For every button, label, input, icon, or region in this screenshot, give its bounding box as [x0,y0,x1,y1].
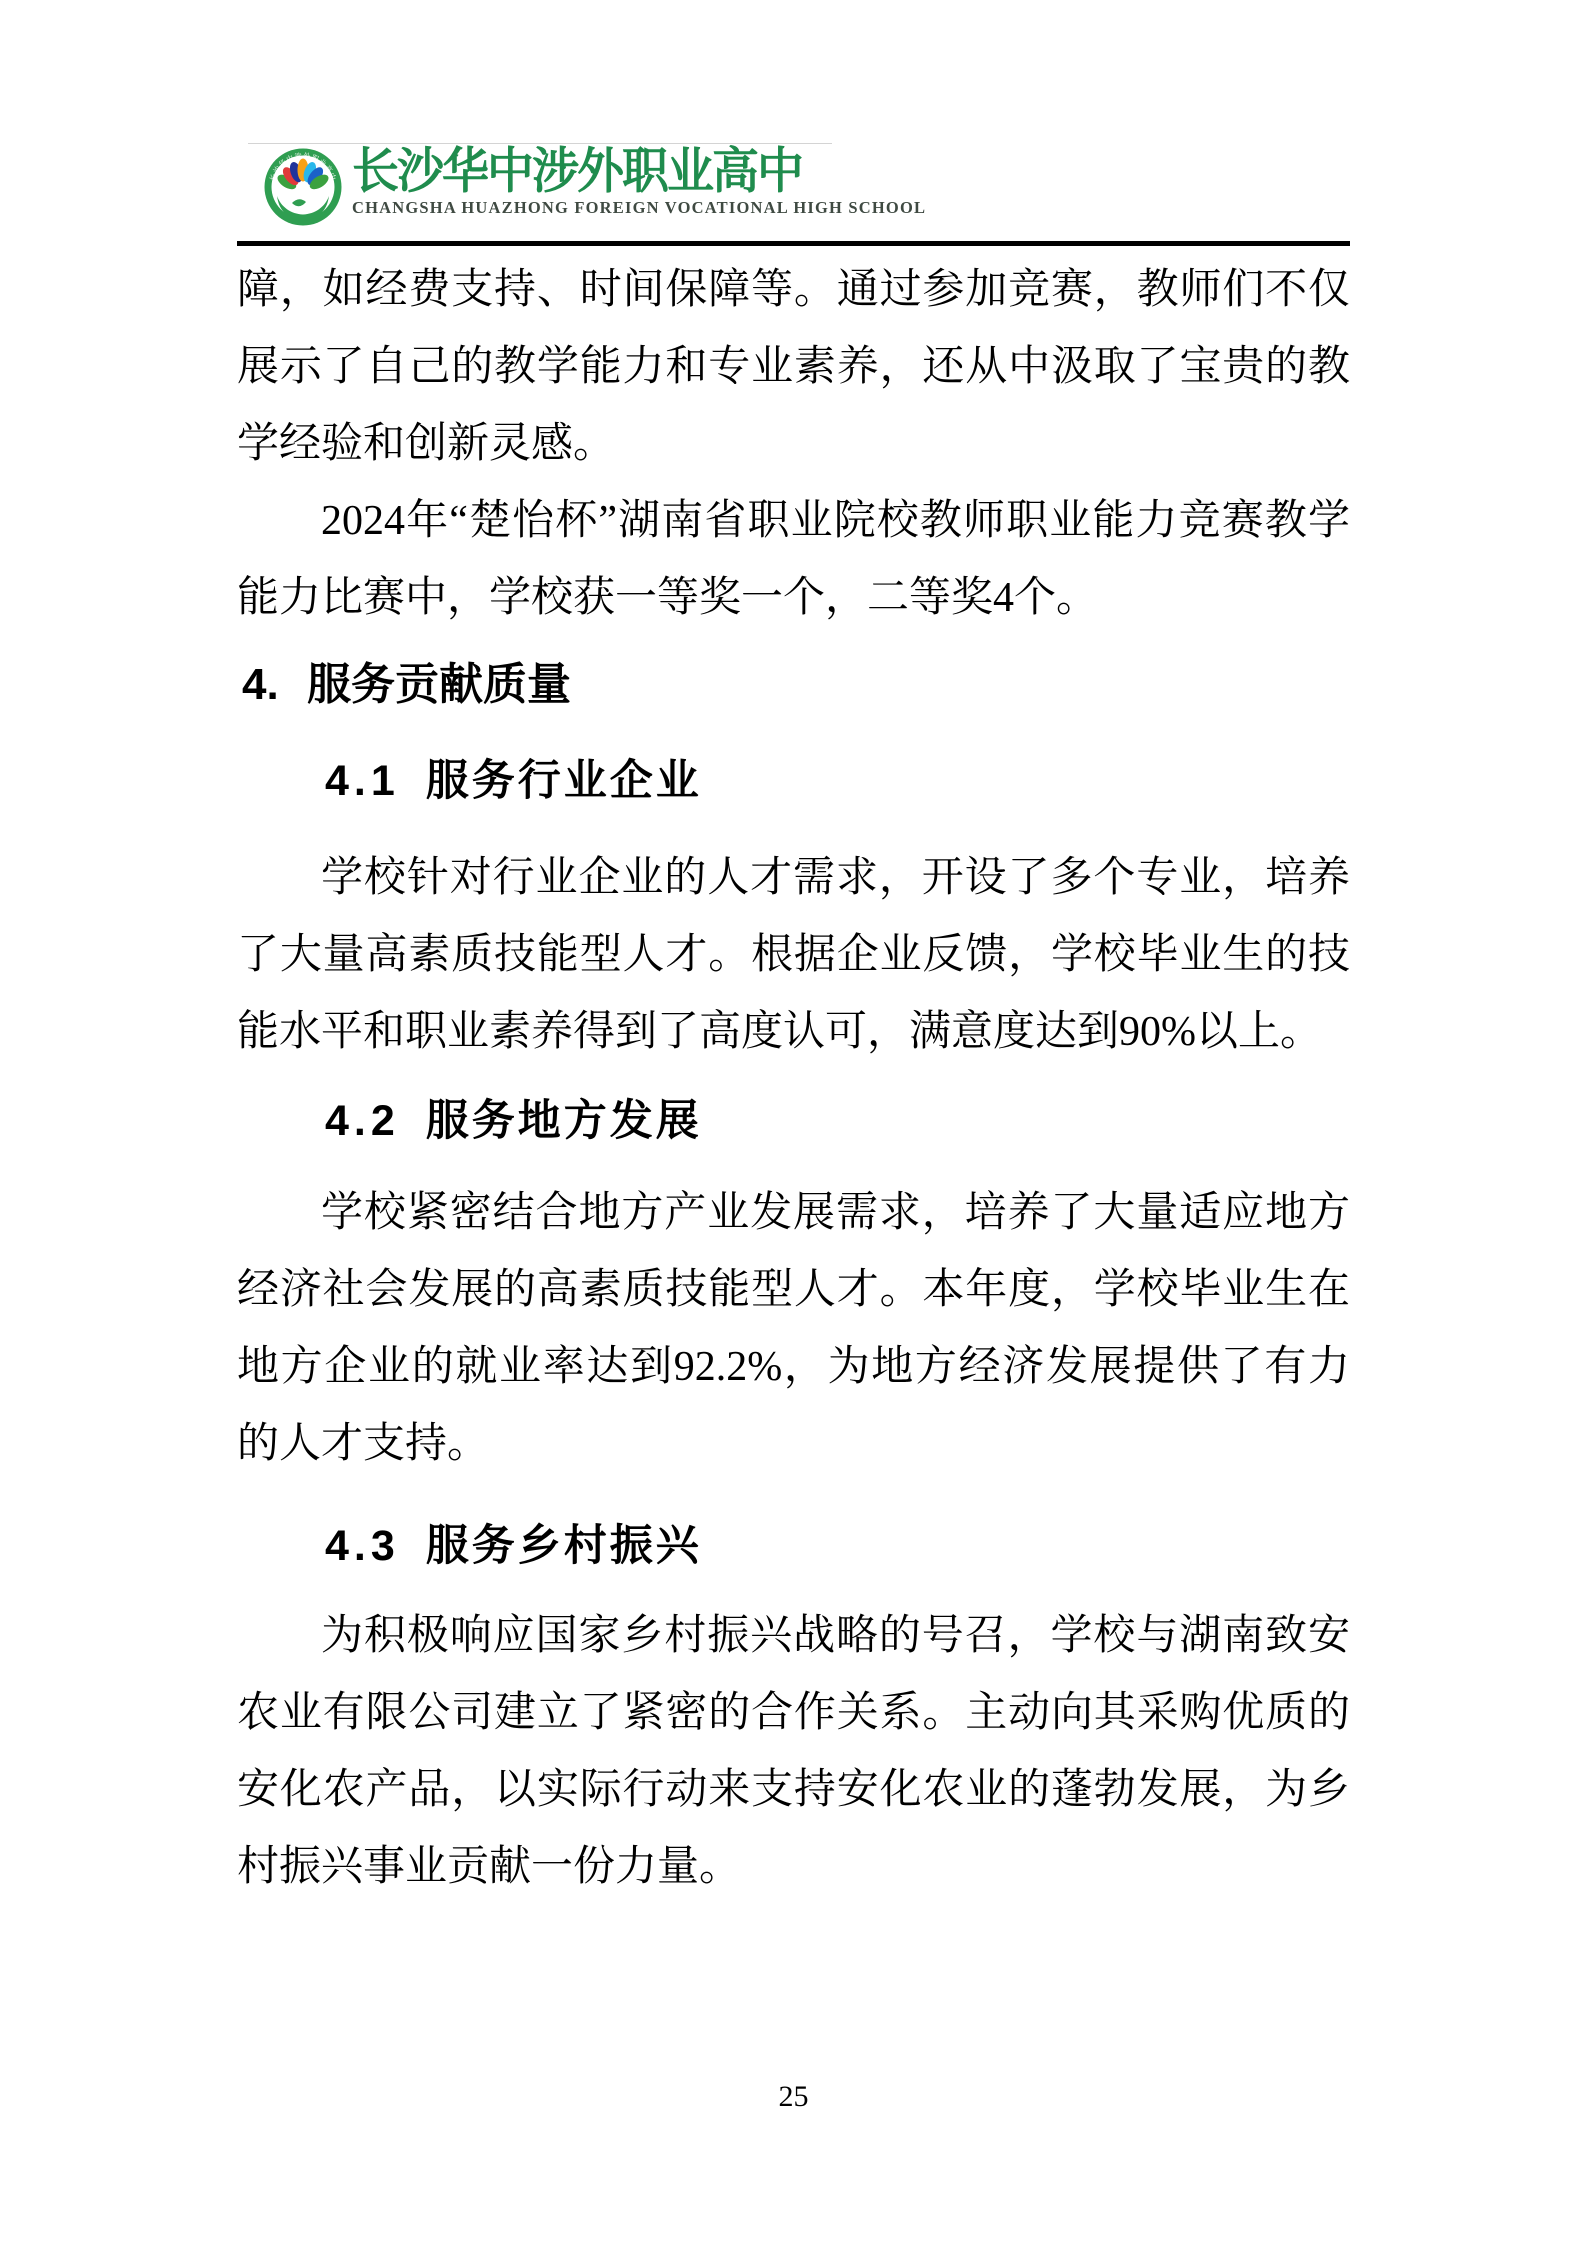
subsection-heading-4-2: 4.2服务地方发展 [237,1083,1350,1160]
subsection-4-1-number: 4.1 [325,757,400,805]
subsection-4-3-body: 为积极响应国家乡村振兴战略的号召，学校与湖南致安农业有限公司建立了紧密的合作关系… [237,1598,1350,1906]
subsection-4-1-title: 服务行业企业 [426,758,702,805]
page-header: 长沙华中涉外职业高中 CHANGSHA HUAZHONG FOREIGN VOC… [248,143,832,232]
header-titles: 长沙华中涉外职业高中 CHANGSHA HUAZHONG FOREIGN VOC… [352,146,822,215]
subsection-4-3-title: 服务乡村振兴 [426,1523,702,1570]
school-name-zh: 长沙华中涉外职业高中 [352,145,822,199]
paragraph-awards: 2024年“楚怡杯”湖南省职业院校教师职业能力竞赛教学能力比赛中，学校获一等奖一… [237,483,1350,637]
header-divider [237,241,1350,246]
subsection-4-1-body: 学校针对行业企业的人才需求，开设了多个专业，培养了大量高素质技能型人才。根据企业… [237,840,1350,1071]
page-number: 25 [0,2080,1587,2114]
subsection-heading-4-3: 4.3服务乡村振兴 [237,1508,1350,1585]
paragraph-continuation: 障，如经费支持、时间保障等。通过参加竞赛，教师们不仅展示了自己的教学能力和专业素… [237,252,1350,483]
section-heading-4-number: 4. [242,646,307,723]
document-page: 长沙华中涉外职业高中 CHANGSHA HUAZHONG FOREIGN VOC… [0,0,1587,2245]
school-name-en: CHANGSHA HUAZHONG FOREIGN VOCATIONAL HIG… [352,200,822,215]
subsection-4-2-number: 4.2 [325,1097,400,1145]
section-heading-4: 4.服务贡献质量 [237,646,1350,723]
school-logo-svg: 长沙华中涉外职业高中 CHANGSHA HUAZHONG FOREIGN VOC… [264,148,342,226]
subsection-heading-4-1: 4.1服务行业企业 [237,743,1350,820]
subsection-4-2-title: 服务地方发展 [426,1098,702,1145]
document-content: 障，如经费支持、时间保障等。通过参加竞赛，教师们不仅展示了自己的教学能力和专业素… [237,252,1350,1906]
subsection-4-3-number: 4.3 [325,1522,400,1570]
school-logo-icon: 长沙华中涉外职业高中 CHANGSHA HUAZHONG FOREIGN VOC… [264,148,342,228]
subsection-4-2-body: 学校紧密结合地方产业发展需求，培养了大量适应地方经济社会发展的高素质技能型人才。… [237,1175,1350,1483]
section-heading-4-title: 服务贡献质量 [307,660,571,709]
